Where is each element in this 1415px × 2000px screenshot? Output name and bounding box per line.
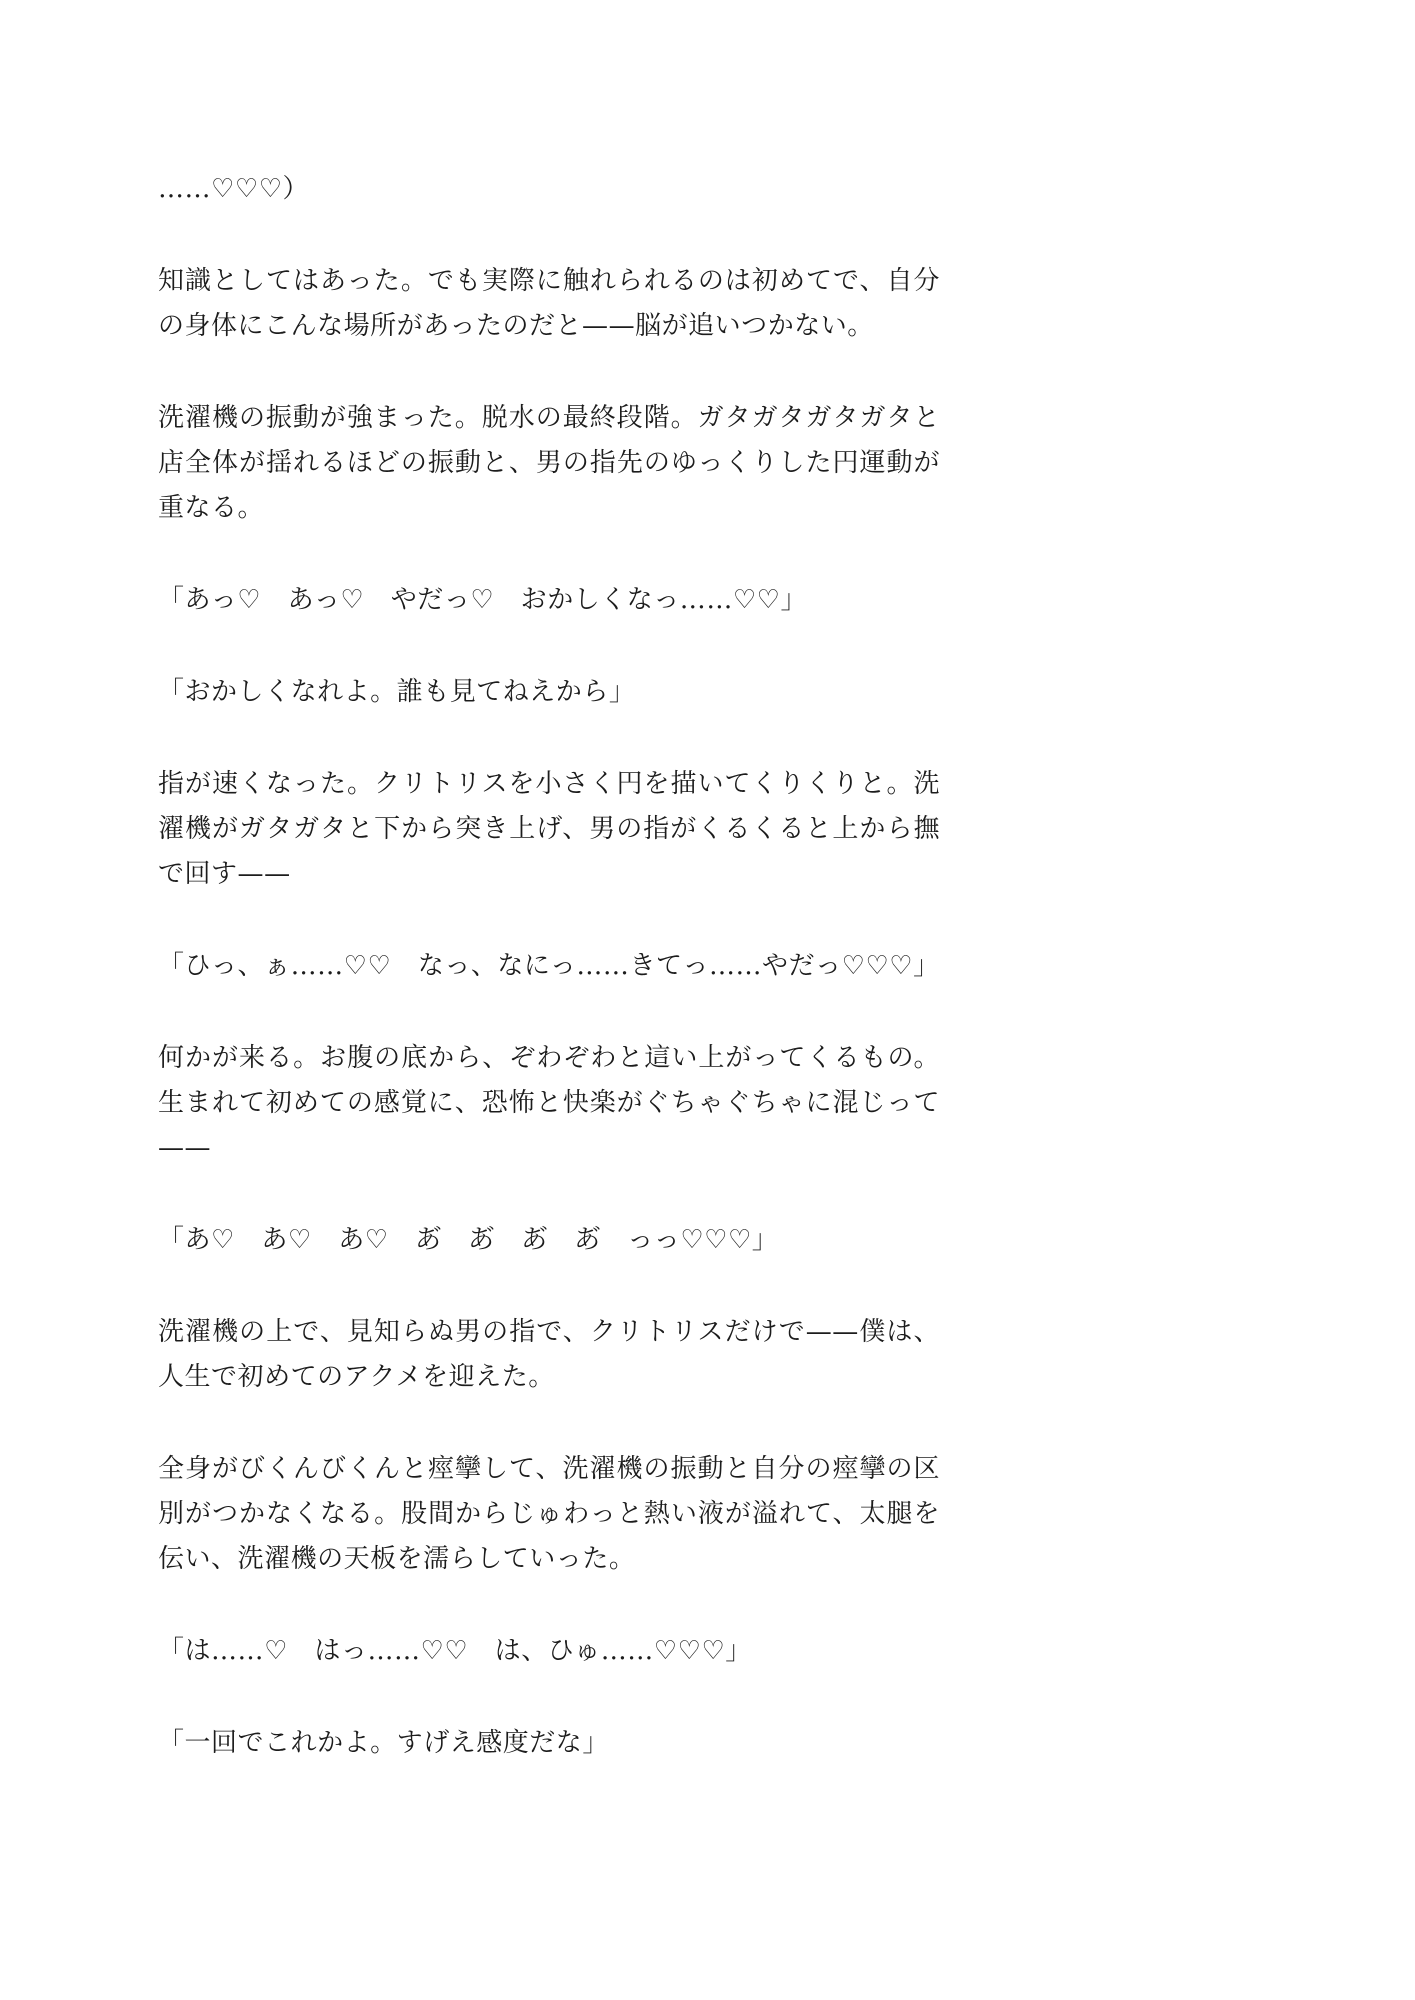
paragraph-dialogue: 「一回でこれかよ。すげえ感度だな」 [158, 1721, 940, 1766]
story-text: ……♡♡♡）知識としてはあった。でも実際に触れられるのは初めてで、自分の身体にこ… [158, 167, 940, 1813]
paragraph-dialogue: 「あっ♡ あっ♡ やだっ♡ おかしくなっ……♡♡」 [158, 578, 940, 623]
paragraph-narration: 洗濯機の上で、見知らぬ男の指で、クリトリスだけで——僕は、人生で初めてのアクメを… [158, 1310, 940, 1400]
paragraph-dialogue: 「おかしくなれよ。誰も見てねえから」 [158, 670, 940, 715]
paragraph-narration: 何かが来る。お腹の底から、ぞわぞわと這い上がってくるもの。生まれて初めての感覚に… [158, 1036, 940, 1171]
paragraph-dialogue: 「ひっ、ぁ……♡♡ なっ、なにっ……きてっ……やだっ♡♡♡」 [158, 944, 940, 989]
paragraph-fragment: ……♡♡♡） [158, 167, 940, 212]
paragraph-narration: 洗濯機の振動が強まった。脱水の最終段階。ガタガタガタガタと店全体が揺れるほどの振… [158, 396, 940, 531]
document-page: ……♡♡♡）知識としてはあった。でも実際に触れられるのは初めてで、自分の身体にこ… [0, 0, 1415, 2000]
paragraph-narration: 全身がびくんびくんと痙攣して、洗濯機の振動と自分の痙攣の区別がつかなくなる。股間… [158, 1447, 940, 1582]
paragraph-dialogue: 「は……♡ はっ……♡♡ は、ひゅ……♡♡♡」 [158, 1629, 940, 1674]
paragraph-dialogue: 「あ♡ あ♡ あ♡ あ゙ あ゙ あ゙ あ゙ っっ♡♡♡」 [158, 1218, 940, 1263]
paragraph-narration: 知識としてはあった。でも実際に触れられるのは初めてで、自分の身体にこんな場所があ… [158, 259, 940, 349]
paragraph-narration: 指が速くなった。クリトリスを小さく円を描いてくりくりと。洗濯機がガタガタと下から… [158, 762, 940, 897]
